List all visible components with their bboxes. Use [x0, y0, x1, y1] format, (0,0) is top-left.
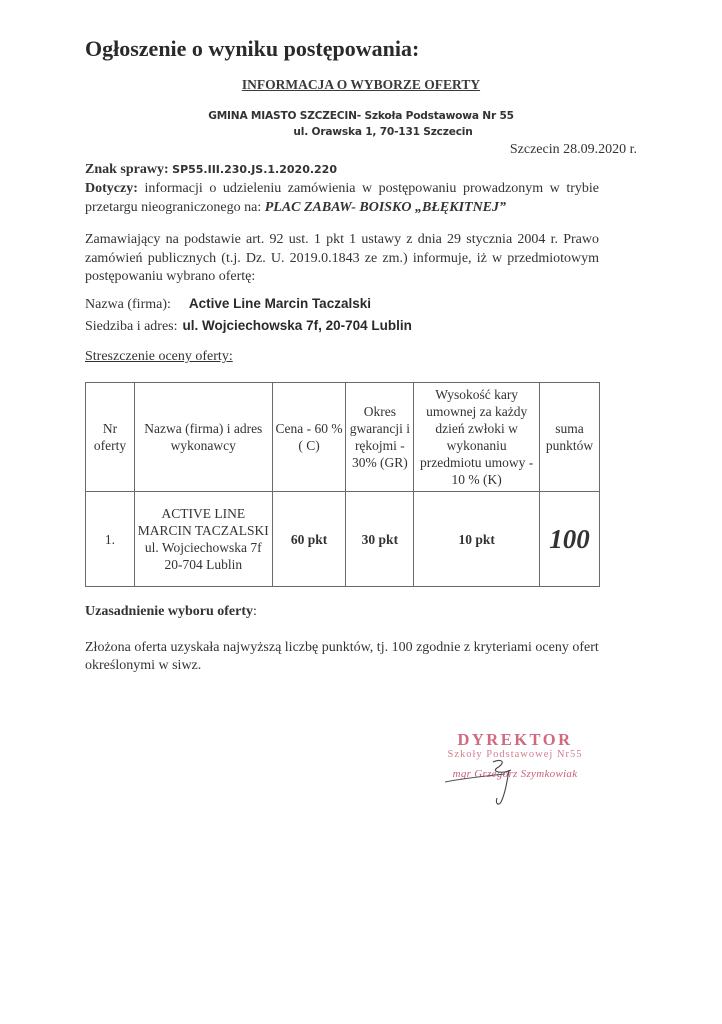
signature-icon [435, 752, 545, 812]
place-date: Szczecin 28.09.2020 r. [510, 142, 637, 158]
justification-heading-line: Uzasadnienie wyboru oferty: [85, 604, 257, 620]
justification-text: Złożona oferta uzyskała najwyższą liczbę… [85, 639, 599, 675]
cell-contractor: ACTIVE LINE MARCIN TACZALSKI ul. Wojciec… [134, 492, 272, 587]
header-warranty: Okres gwarancji i rękojmi - 30% (GR) [346, 383, 414, 492]
winner-name-label: Nazwa (firma): [85, 297, 171, 313]
justification-heading: Uzasadnienie wyboru oferty [85, 604, 253, 619]
cell-offer-number: 1. [86, 492, 135, 587]
summary-heading: Streszczenie oceny oferty: [85, 349, 233, 365]
cell-penalty-points: 10 pkt [414, 492, 540, 587]
case-reference-label: Znak sprawy: [85, 162, 169, 177]
stamp-role: DYREKTOR [440, 730, 590, 750]
table-row: 1. ACTIVE LINE MARCIN TACZALSKI ul. Wojc… [86, 492, 600, 587]
organization-address: ul. Orawska 1, 70-131 Szczecin [22, 126, 722, 138]
winner-address-value: ul. Wojciechowska 7f, 20-704 Lublin [183, 318, 412, 333]
header-penalty: Wysokość kary umownej za każdy dzień zwł… [414, 383, 540, 492]
regarding-label: Dotyczy: [85, 181, 138, 196]
statement-paragraph: Zamawiający na podstawie art. 92 ust. 1 … [85, 231, 599, 287]
cell-warranty-points: 30 pkt [346, 492, 414, 587]
header-offer-number: Nr oferty [86, 383, 135, 492]
header-contractor: Nazwa (firma) i adres wykonawcy [134, 383, 272, 492]
winner-address-row: Siedziba i adres:ul. Wojciechowska 7f, 2… [85, 318, 412, 335]
evaluation-table: Nr oferty Nazwa (firma) i adres wykonawc… [85, 382, 600, 587]
case-reference-value: SP55.III.230.JS.1.2020.220 [172, 163, 337, 176]
justification-colon: : [253, 604, 257, 619]
table-header-row: Nr oferty Nazwa (firma) i adres wykonawc… [86, 383, 600, 492]
header-total: suma punktów [540, 383, 600, 492]
cell-total-points: 100 [540, 492, 600, 587]
project-name: PLAC ZABAW- BOISKO „BŁĘKITNEJ” [265, 200, 506, 215]
page-title: Ogłoszenie o wyniku postępowania: [85, 36, 419, 62]
organization-name: GMINA MIASTO SZCZECIN- Szkoła Podstawowa… [0, 110, 722, 122]
regarding-paragraph: Dotyczy: informacji o udzieleniu zamówie… [85, 180, 599, 217]
winner-address-label: Siedziba i adres: [85, 319, 178, 335]
document-subtitle: INFORMACJA O WYBORZE OFERTY [0, 77, 722, 93]
winner-name-row: Nazwa (firma):Active Line Marcin Taczals… [85, 296, 371, 313]
case-reference: Znak sprawy: SP55.III.230.JS.1.2020.220 [85, 162, 337, 178]
header-price: Cena - 60 % ( C) [272, 383, 346, 492]
cell-price-points: 60 pkt [272, 492, 346, 587]
winner-name-value: Active Line Marcin Taczalski [189, 296, 371, 311]
